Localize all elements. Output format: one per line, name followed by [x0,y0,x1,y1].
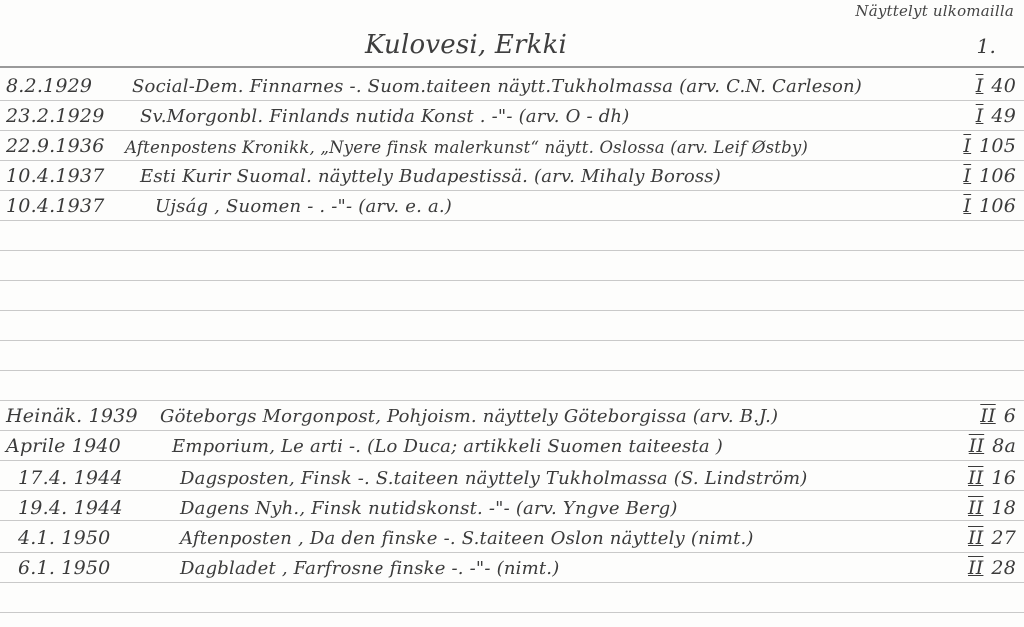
page-number: 28 [991,557,1016,579]
entry-row: 23.2.1929 Sv.Morgonbl. Finlands nutida K… [0,100,1024,130]
ruled-line [0,370,1024,371]
page-number: 106 [979,195,1016,217]
entry-date: 19.4. 1944 [18,497,123,519]
index-card: Näyttelyt ulkomailla Kulovesi, Erkki 1. … [0,0,1024,627]
page-number: 6 [1004,405,1016,427]
entry-text: Dagsposten, Finsk -. S.taiteen näyttely … [180,468,808,489]
volume-number: II [968,467,983,489]
entry-date: 6.1. 1950 [18,557,110,579]
entry-text: Aftenpostens Kronikk, „Nyere finsk maler… [125,138,808,157]
entry-row: 8.2.1929 Social-Dem. Finnarnes -. Suom.t… [0,70,1024,100]
volume-number: II [969,435,984,457]
artist-name: Kulovesi, Erkki [365,30,567,60]
entry-text: Dagbladet , Farfrosne finske -. -"- (nim… [180,558,559,579]
entry-date: 4.1. 1950 [18,527,110,549]
entry-reference: II6 [980,405,1016,427]
entry-reference: I105 [963,135,1016,157]
entry-row: 22.9.1936 Aftenpostens Kronikk, „Nyere f… [0,130,1024,160]
entry-row: 19.4. 1944 Dagens Nyh., Finsk nutidskons… [0,492,1024,522]
page-number: 105 [979,135,1016,157]
header-rule [0,66,1024,68]
entry-row: 4.1. 1950 Aftenposten , Da den finske -.… [0,522,1024,552]
entry-date: 8.2.1929 [6,75,92,97]
ruled-line [0,612,1024,613]
entry-reference: II28 [968,557,1016,579]
page-number: 18 [991,497,1016,519]
entry-date: 23.2.1929 [6,105,105,127]
volume-number: II [968,497,983,519]
entry-text: Esti Kurir Suomal. näyttely Budapestissä… [140,166,721,187]
ruled-line [0,280,1024,281]
entry-row: Aprile 1940 Emporium, Le arti -. (Lo Duc… [0,430,1024,460]
ruled-line [0,460,1024,461]
entry-text: Social-Dem. Finnarnes -. Suom.taiteen nä… [132,76,862,97]
volume-number: I [963,165,971,187]
ruled-line [0,340,1024,341]
entry-reference: II8a [969,435,1016,457]
entry-date: 10.4.1937 [6,165,105,187]
entry-text: Sv.Morgonbl. Finlands nutida Konst . -"-… [140,106,629,127]
entry-text: Göteborgs Morgonpost, Pohjoism. näyttely… [160,406,778,427]
entry-row: 17.4. 1944 Dagsposten, Finsk -. S.taitee… [0,462,1024,492]
entry-reference: II18 [968,497,1016,519]
page-number: 16 [991,467,1016,489]
entry-date: 10.4.1937 [6,195,105,217]
volume-number: II [968,527,983,549]
page-number: 8a [992,435,1016,457]
volume-number: I [963,195,971,217]
entry-text: Ujság , Suomen - . -"- (arv. e. a.) [155,196,452,217]
entry-date: 22.9.1936 [6,135,105,157]
entry-date: Aprile 1940 [6,435,121,457]
card-category: Näyttelyt ulkomailla [855,2,1014,20]
volume-number: I [976,75,984,97]
ruled-line [0,220,1024,221]
entry-reference: I40 [976,75,1016,97]
ruled-line [0,250,1024,251]
page-number: 27 [991,527,1016,549]
entry-date: Heinäk. 1939 [6,405,138,427]
volume-number: I [963,135,971,157]
page-number: 40 [991,75,1016,97]
entry-row: 6.1. 1950 Dagbladet , Farfrosne finske -… [0,552,1024,582]
page-number: 49 [991,105,1016,127]
ruled-line [0,310,1024,311]
volume-number: II [980,405,995,427]
entry-row: 10.4.1937 Ujság , Suomen - . -"- (arv. e… [0,190,1024,220]
entry-text: Aftenposten , Da den finske -. S.taiteen… [180,528,754,549]
volume-number: I [976,105,984,127]
entry-reference: I106 [963,165,1016,187]
entry-text: Emporium, Le arti -. (Lo Duca; artikkeli… [172,436,723,457]
entry-reference: I106 [963,195,1016,217]
page-number: 106 [979,165,1016,187]
entry-row: 10.4.1937 Esti Kurir Suomal. näyttely Bu… [0,160,1024,190]
entry-text: Dagens Nyh., Finsk nutidskonst. -"- (arv… [180,498,678,519]
entry-date: 17.4. 1944 [18,467,123,489]
ruled-line [0,582,1024,583]
entry-reference: I49 [976,105,1016,127]
entry-reference: II16 [968,467,1016,489]
entry-row: Heinäk. 1939 Göteborgs Morgonpost, Pohjo… [0,400,1024,430]
volume-number: II [968,557,983,579]
card-number: 1. [977,34,996,58]
entry-reference: II27 [968,527,1016,549]
